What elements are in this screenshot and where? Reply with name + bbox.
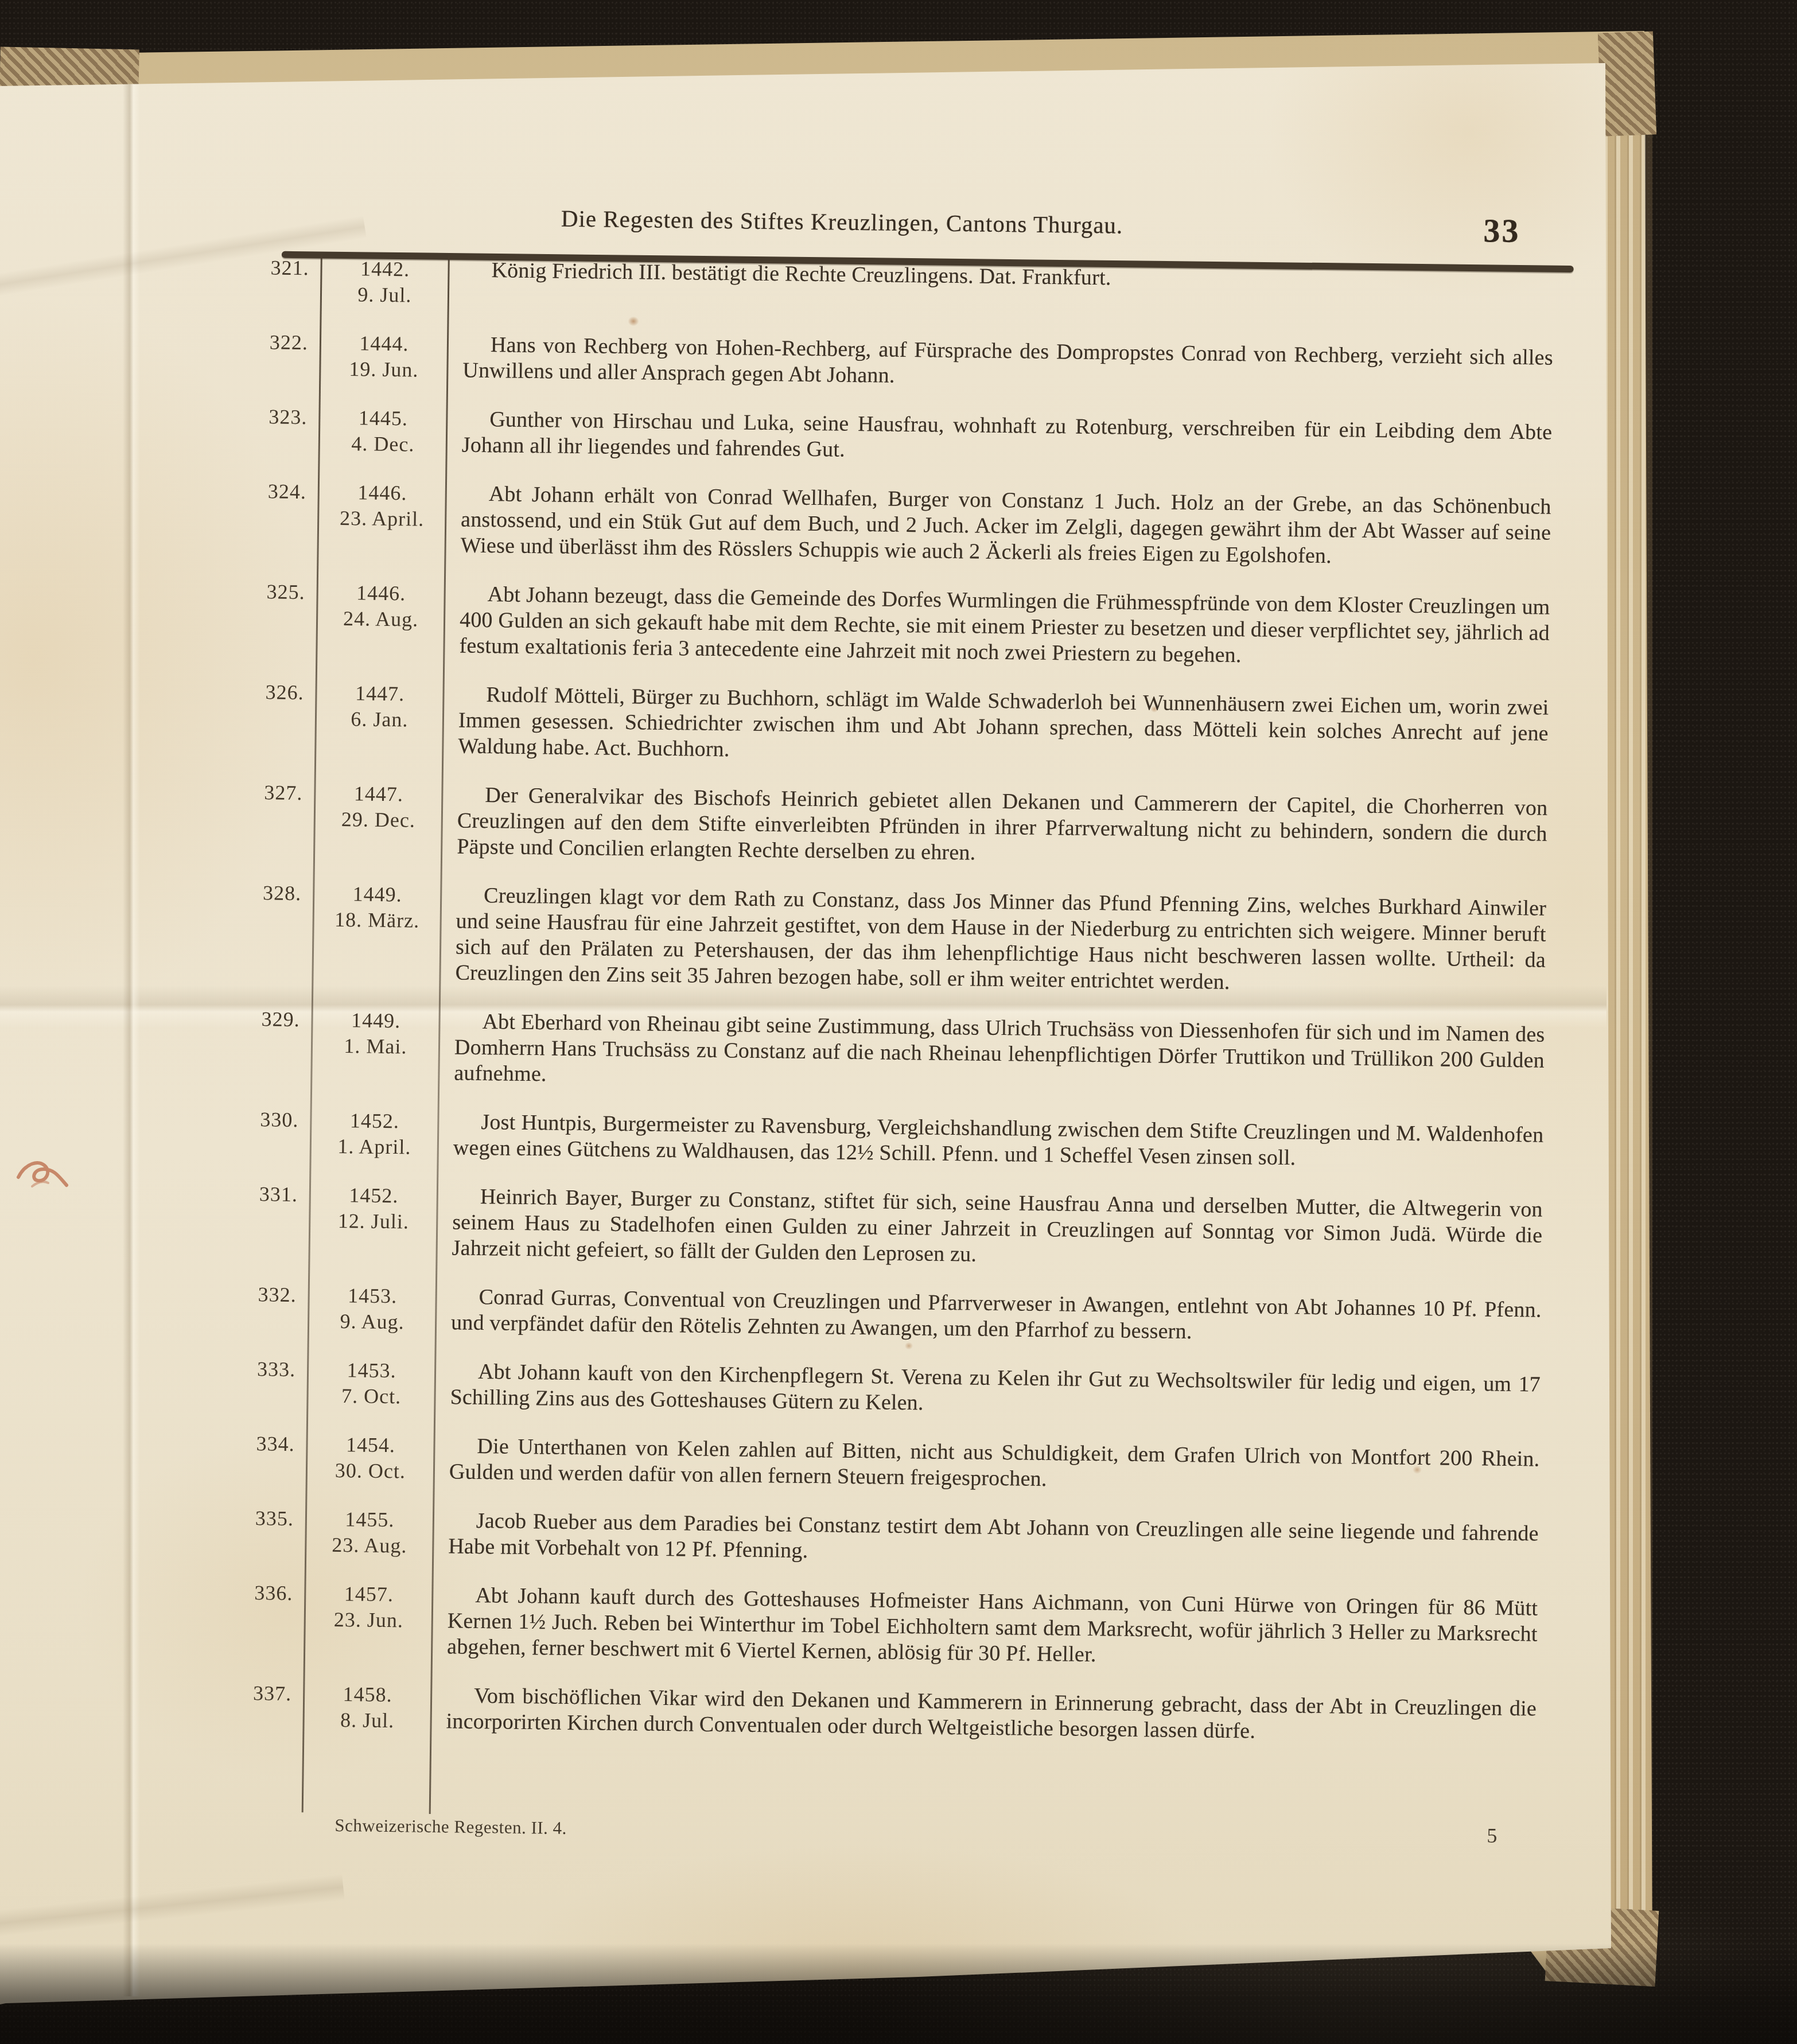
entry-year: 1446. bbox=[325, 580, 437, 607]
entry-date: 1458. 8. Jul. bbox=[311, 1681, 423, 1734]
entry-date: 1452. 1. April. bbox=[318, 1108, 431, 1161]
regest-entry: 325. 1446. 24. Aug. Abt Johann bezeugt, … bbox=[247, 579, 1567, 672]
entry-text: Conrad Gurras, Conventual von Creuzlinge… bbox=[451, 1284, 1542, 1349]
entry-day: 29. Dec. bbox=[322, 807, 435, 834]
entry-day: 30. Oct. bbox=[314, 1457, 427, 1484]
binding-cloth-corner-top-right bbox=[1598, 31, 1656, 136]
entry-number: 323. bbox=[250, 404, 308, 430]
entry-date: 1449. 1. Mai. bbox=[320, 1007, 432, 1060]
entry-day: 24. Aug. bbox=[325, 606, 437, 633]
entry-text: Abt Eberhard von Rheinau gibt seine Zust… bbox=[454, 1009, 1545, 1099]
gutter-crease bbox=[123, 80, 140, 1996]
entry-year: 1452. bbox=[318, 1108, 431, 1135]
entry-date: 1455. 23. Aug. bbox=[313, 1506, 426, 1559]
entry-text: Der Generalvikar des Bischofs Heinrich g… bbox=[457, 782, 1548, 873]
entry-day: 23. April. bbox=[326, 505, 438, 532]
entry-date: 1449. 18. März. bbox=[321, 881, 433, 934]
entry-date: 1444. 19. Jun. bbox=[328, 330, 440, 383]
entry-day: 4. Dec. bbox=[327, 431, 439, 458]
entry-year: 1446. bbox=[326, 480, 439, 507]
entry-day: 23. Aug. bbox=[313, 1532, 426, 1559]
entry-number: 326. bbox=[246, 679, 304, 706]
entry-text: Jost Huntpis, Burgermeister zu Ravensbur… bbox=[453, 1109, 1544, 1174]
regest-entry: 323. 1445. 4. Dec. Gunther von Hirschau … bbox=[250, 404, 1570, 472]
entry-number: 321. bbox=[251, 255, 309, 281]
entry-number: 329. bbox=[242, 1006, 300, 1033]
regest-entry: 332. 1453. 9. Aug. Conrad Gurras, Conven… bbox=[239, 1282, 1559, 1349]
entry-number: 331. bbox=[240, 1181, 298, 1208]
regest-entry: 330. 1452. 1. April. Jost Huntpis, Burge… bbox=[241, 1107, 1561, 1174]
entry-number: 322. bbox=[251, 329, 309, 356]
entry-year: 1449. bbox=[321, 881, 434, 908]
entry-date: 1446. 24. Aug. bbox=[325, 580, 437, 633]
entry-number: 333. bbox=[238, 1356, 296, 1383]
entry-number: 336. bbox=[235, 1580, 293, 1606]
regest-entry: 327. 1447. 29. Dec. Der Generalvikar des… bbox=[244, 780, 1565, 873]
entry-text: Abt Johann erhält von Conrad Wellhafen, … bbox=[460, 481, 1551, 571]
entry-year: 1457. bbox=[313, 1580, 425, 1607]
regest-entry: 333. 1453. 7. Oct. Abt Johann kauft von … bbox=[238, 1356, 1558, 1424]
entry-year: 1458. bbox=[312, 1681, 424, 1708]
entry-text: Jacob Rueber aus dem Paradies bei Consta… bbox=[448, 1508, 1539, 1572]
entry-number: 325. bbox=[247, 579, 305, 605]
entry-number: 330. bbox=[241, 1107, 299, 1133]
page-number: 33 bbox=[1483, 211, 1520, 250]
entry-day: 7. Oct. bbox=[315, 1383, 427, 1410]
entry-date: 1446. 23. April. bbox=[326, 480, 438, 532]
regest-entry: 336. 1457. 23. Jun. Abt Johann kauft dur… bbox=[235, 1580, 1555, 1673]
entry-date: 1447. 29. Dec. bbox=[322, 781, 435, 834]
entry-number: 334. bbox=[237, 1431, 295, 1457]
entry-day: 9. Jul. bbox=[329, 282, 441, 309]
regest-entry: 334. 1454. 30. Oct. Die Unterthanen von … bbox=[237, 1431, 1557, 1498]
entry-year: 1455. bbox=[314, 1506, 426, 1533]
entry-day: 19. Jun. bbox=[328, 356, 440, 383]
entry-number: 328. bbox=[244, 880, 302, 906]
entry-day: 6. Jan. bbox=[324, 706, 436, 733]
entry-day: 12. Juli. bbox=[317, 1208, 430, 1235]
entry-year: 1449. bbox=[320, 1007, 432, 1034]
book-page: Die Regesten des Stiftes Kreuzlingen, Ca… bbox=[0, 0, 1797, 2044]
entry-day: 1. Mai. bbox=[320, 1033, 432, 1060]
entry-number: 324. bbox=[249, 478, 307, 505]
printed-page-content: Die Regesten des Stiftes Kreuzlingen, Ca… bbox=[231, 201, 1577, 1938]
footer-series-signature: Schweizerische Regesten. II. 4. bbox=[334, 1815, 567, 1839]
entry-text: Die Unterthanen von Kelen zahlen auf Bit… bbox=[449, 1433, 1540, 1498]
entry-year: 1447. bbox=[324, 680, 436, 707]
entry-text: Abt Johann kauft von den Kirchenpflegern… bbox=[450, 1358, 1541, 1423]
entry-year: 1453. bbox=[316, 1357, 428, 1384]
regesta-entry-list: 321. 1442. 9. Jul. König Friedrich III. … bbox=[234, 255, 1572, 1771]
entry-day: 18. März. bbox=[321, 907, 433, 934]
regest-entry: 329. 1449. 1. Mai. Abt Eberhard von Rhei… bbox=[242, 1006, 1562, 1100]
entry-year: 1452. bbox=[318, 1182, 430, 1209]
regest-entry: 324. 1446. 23. April. Abt Johann erhält … bbox=[248, 478, 1568, 572]
entry-date: 1442. 9. Jul. bbox=[329, 256, 441, 309]
red-crayon-mark bbox=[15, 1152, 70, 1197]
entry-day: 8. Jul. bbox=[311, 1707, 423, 1734]
entry-day: 9. Aug. bbox=[316, 1309, 429, 1336]
entry-number: 337. bbox=[234, 1680, 292, 1707]
footer-sheet-number: 5 bbox=[1487, 1823, 1497, 1847]
entry-day: 1. April. bbox=[318, 1134, 431, 1161]
entry-number: 332. bbox=[239, 1282, 297, 1308]
page-title: Die Regesten des Stiftes Kreuzlingen, Ca… bbox=[252, 201, 1572, 244]
entry-text: Abt Johann bezeugt, dass die Gemeinde de… bbox=[459, 581, 1550, 672]
entry-date: 1445. 4. Dec. bbox=[327, 405, 439, 458]
regest-entry: 335. 1455. 23. Aug. Jacob Rueber aus dem… bbox=[236, 1505, 1556, 1573]
entry-number: 335. bbox=[236, 1505, 294, 1532]
entry-date: 1453. 7. Oct. bbox=[315, 1357, 427, 1410]
entry-text: Heinrich Bayer, Burger zu Constanz, stif… bbox=[452, 1183, 1543, 1274]
entry-date: 1452. 12. Juli. bbox=[317, 1182, 430, 1235]
entry-date: 1454. 30. Oct. bbox=[314, 1431, 427, 1484]
entry-text: Abt Johann kauft durch des Gotteshauses … bbox=[447, 1582, 1538, 1673]
regest-entry: 337. 1458. 8. Jul. Vom bischöflichen Vik… bbox=[234, 1680, 1554, 1748]
entry-number: 327. bbox=[245, 780, 303, 806]
entry-year: 1442. bbox=[329, 256, 441, 283]
entry-text: Creuzlingen klagt vor dem Rath zu Consta… bbox=[455, 882, 1546, 999]
entry-year: 1453. bbox=[316, 1283, 429, 1310]
entry-text: Hans von Rechberg von Hohen-Rechberg, au… bbox=[462, 332, 1553, 397]
entry-date: 1457. 23. Jun. bbox=[313, 1580, 425, 1633]
entry-year: 1454. bbox=[314, 1431, 427, 1458]
entry-day: 23. Jun. bbox=[313, 1606, 425, 1633]
entry-year: 1447. bbox=[322, 781, 435, 808]
entry-text: Gunther von Hirschau und Luka, seine Hau… bbox=[462, 406, 1553, 471]
entry-year: 1445. bbox=[327, 405, 439, 432]
entry-date: 1447. 6. Jan. bbox=[324, 680, 436, 733]
regest-entry: 328. 1449. 18. März. Creuzlingen klagt v… bbox=[243, 880, 1563, 999]
entry-text: Vom bischöflichen Vikar wird den Dekanen… bbox=[446, 1683, 1537, 1747]
regest-entry: 322. 1444. 19. Jun. Hans von Rechberg vo… bbox=[250, 329, 1570, 397]
entry-text: Rudolf Mötteli, Bürger zu Buchhorn, schl… bbox=[458, 682, 1549, 772]
entry-date: 1453. 9. Aug. bbox=[316, 1283, 429, 1336]
entry-year: 1444. bbox=[328, 330, 441, 357]
scanned-book-photo: Die Regesten des Stiftes Kreuzlingen, Ca… bbox=[0, 0, 1797, 2044]
regest-entry: 326. 1447. 6. Jan. Rudolf Mötteli, Bürge… bbox=[246, 679, 1566, 773]
regest-entry: 331. 1452. 12. Juli. Heinrich Bayer, Bur… bbox=[239, 1181, 1559, 1275]
